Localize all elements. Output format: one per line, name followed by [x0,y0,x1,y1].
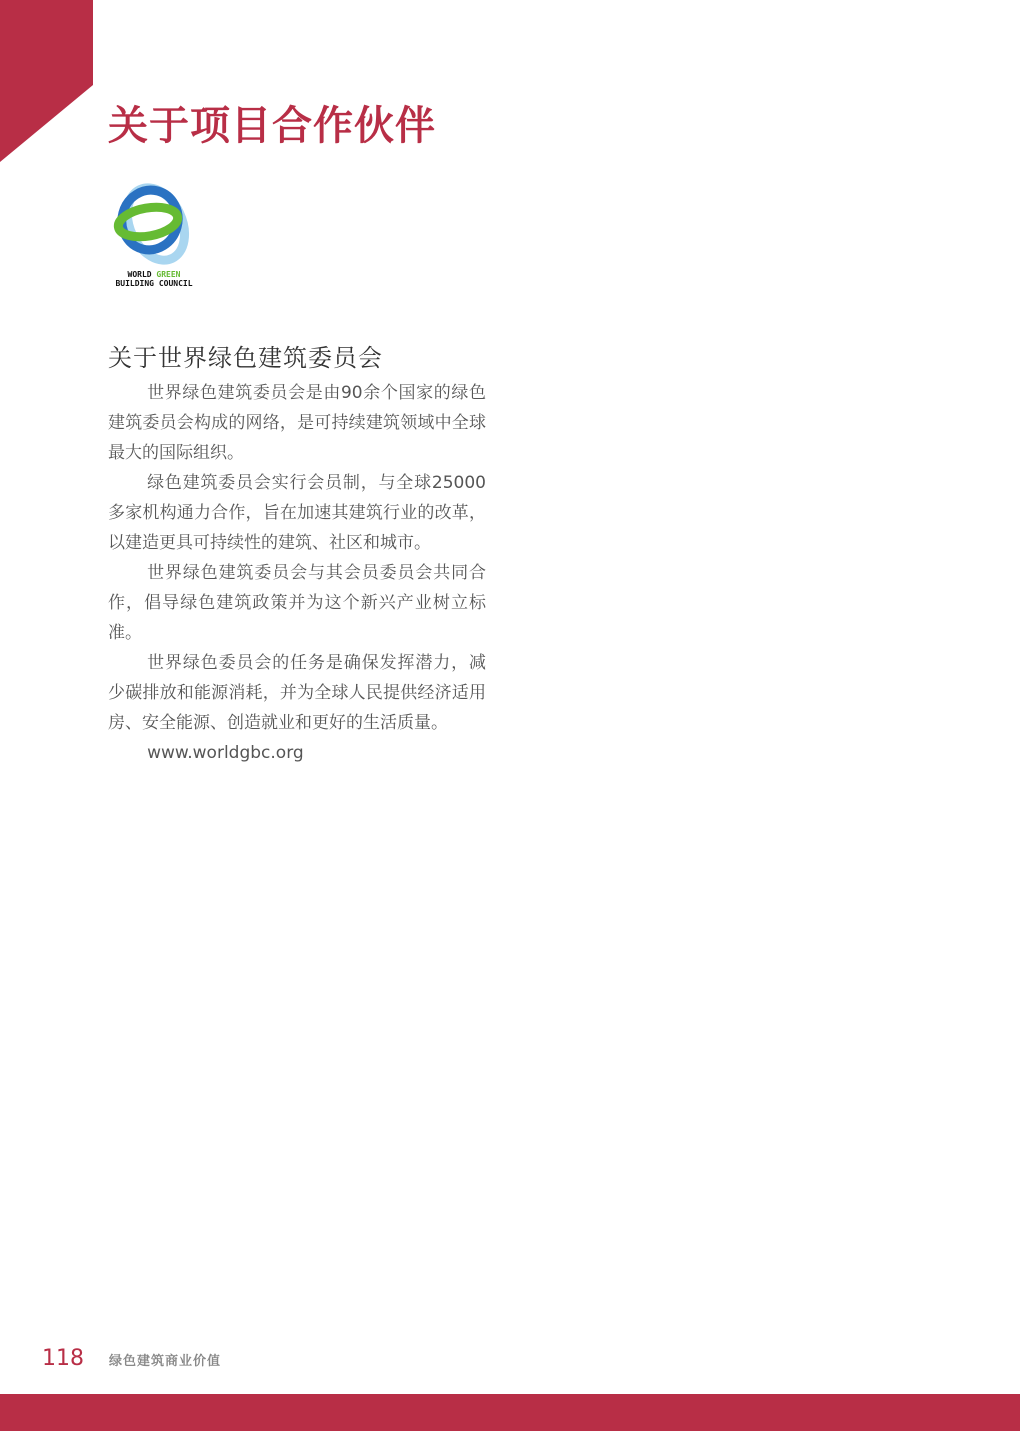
corner-decoration [0,0,94,163]
website-link[interactable]: www.worldgbc.org [108,738,486,768]
page-title: 关于项目合作伙伴 [108,98,436,154]
page-number: 118 [42,1344,84,1374]
body-text: 世界绿色建筑委员会是由90余个国家的绿色建筑委员会构成的网络，是可持续建筑领域中… [108,378,486,768]
paragraph: 世界绿色委员会的任务是确保发挥潜力，减少碳排放和能源消耗，并为全球人民提供经济适… [108,648,486,738]
paragraph: 绿色建筑委员会实行会员制，与全球25000多家机构通力合作，旨在加速其建筑行业的… [108,468,486,558]
footer-publication-title: 绿色建筑商业价值 [109,1352,221,1372]
worldgbc-logo: WORLD GREEN BUILDING COUNCIL [106,182,202,292]
section-title: 关于世界绿色建筑委员会 [108,340,383,376]
paragraph: 世界绿色建筑委员会与其会员委员会共同合作，倡导绿色建筑政策并为这个新兴产业树立标… [108,558,486,648]
footer-bar [0,1394,1020,1431]
globe-rings-icon [112,182,196,268]
paragraph: 世界绿色建筑委员会是由90余个国家的绿色建筑委员会构成的网络，是可持续建筑领域中… [108,378,486,468]
logo-wordmark: WORLD GREEN BUILDING COUNCIL [106,270,202,288]
